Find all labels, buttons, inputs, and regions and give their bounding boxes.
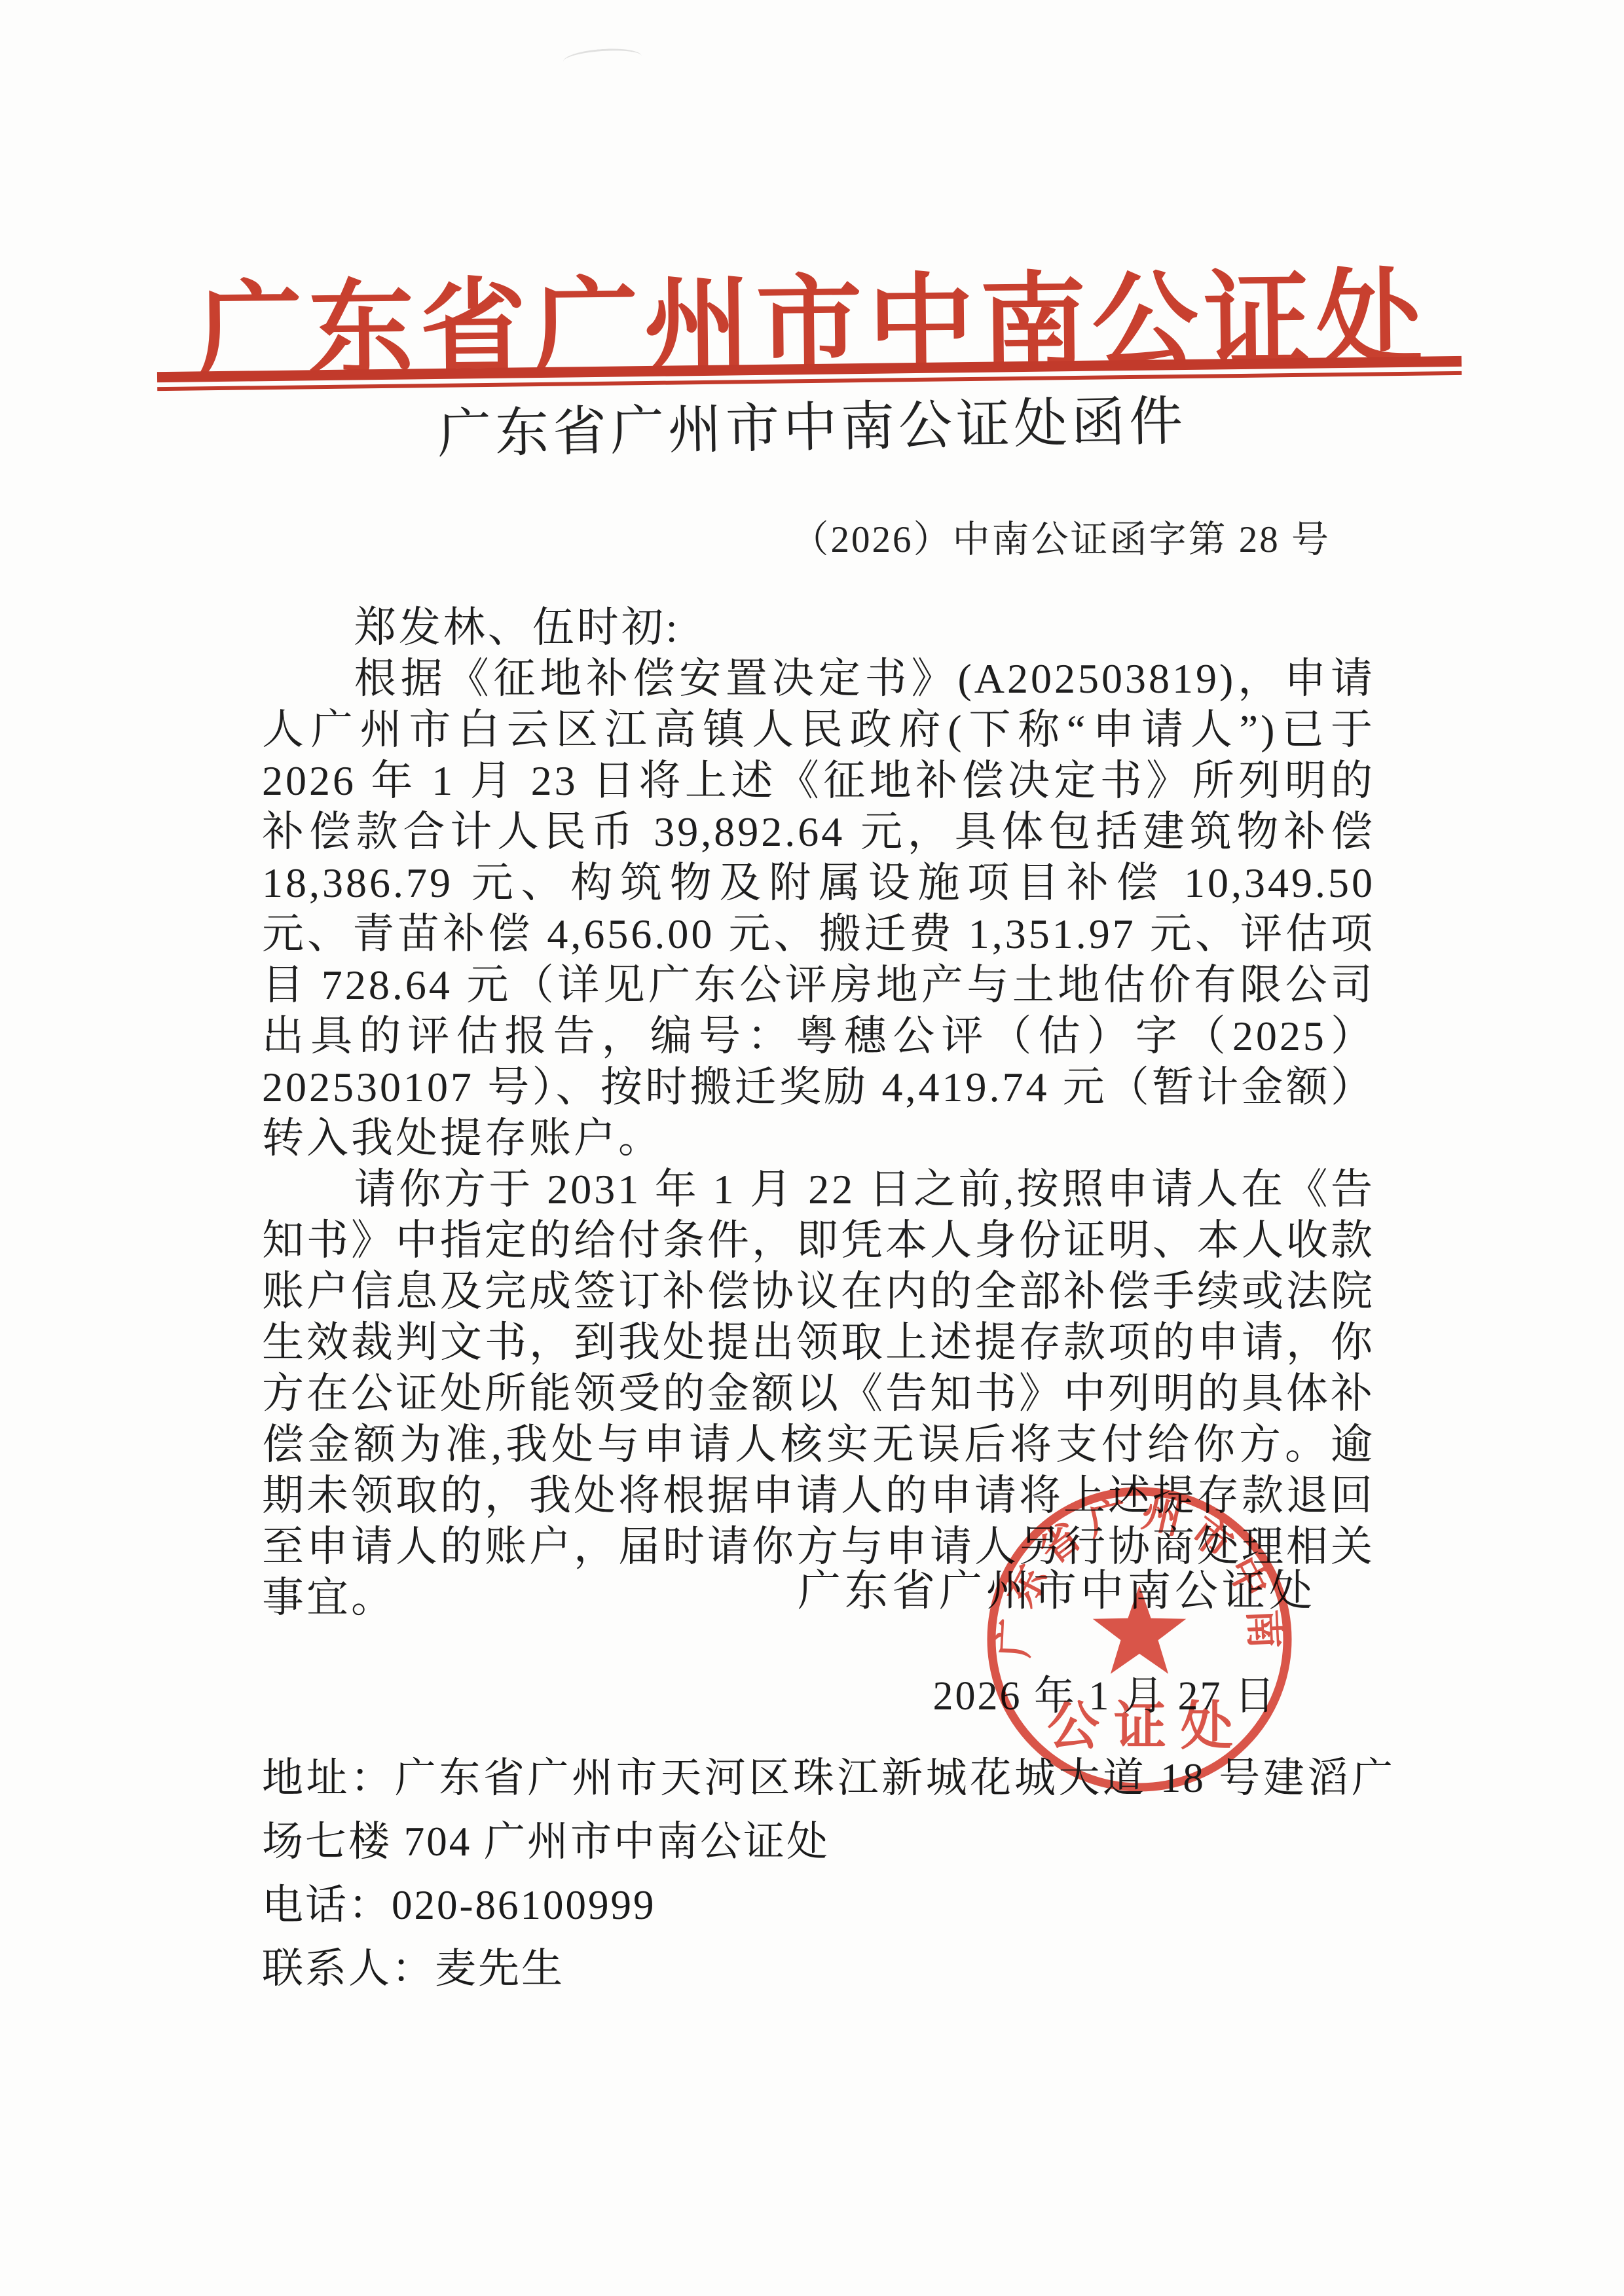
salutation: 郑发林、伍时初: <box>262 602 1375 653</box>
signature-date: 2026 年 1 月 27 日 <box>262 1663 1277 1721</box>
scan-artifact <box>563 46 642 71</box>
notary-letter-page: 广东省广州市中南公证处 广东省广州市中南公证处函件 （2026）中南公证函字第 … <box>0 0 1624 2296</box>
contact-person: 联系人：麦先生 <box>262 1937 1395 2001</box>
signature-org-name: 广东省广州市中南公证处 <box>262 1556 1316 1618</box>
contact-address: 地址：广东省广州市天河区珠江新城花城大道 18 号建滔广场七楼 704 广州市中… <box>262 1747 1395 1874</box>
body-paragraph-2: 请你方于 2031 年 1 月 22 日之前,按照申请人在《告知书》中指定的给付… <box>262 1164 1375 1624</box>
contact-block: 地址：广东省广州市天河区珠江新城花城大道 18 号建滔广场七楼 704 广州市中… <box>262 1747 1395 2001</box>
letter-body: 郑发林、伍时初: 根据《征地补偿安置决定书》(A202503819)，申请人广州… <box>262 602 1375 1624</box>
contact-phone: 电话：020-86100999 <box>262 1874 1395 1937</box>
document-number: （2026）中南公证函字第 28 号 <box>0 509 1331 563</box>
body-paragraph-1: 根据《征地补偿安置决定书》(A202503819)，申请人广州市白云区江高镇人民… <box>262 653 1375 1164</box>
